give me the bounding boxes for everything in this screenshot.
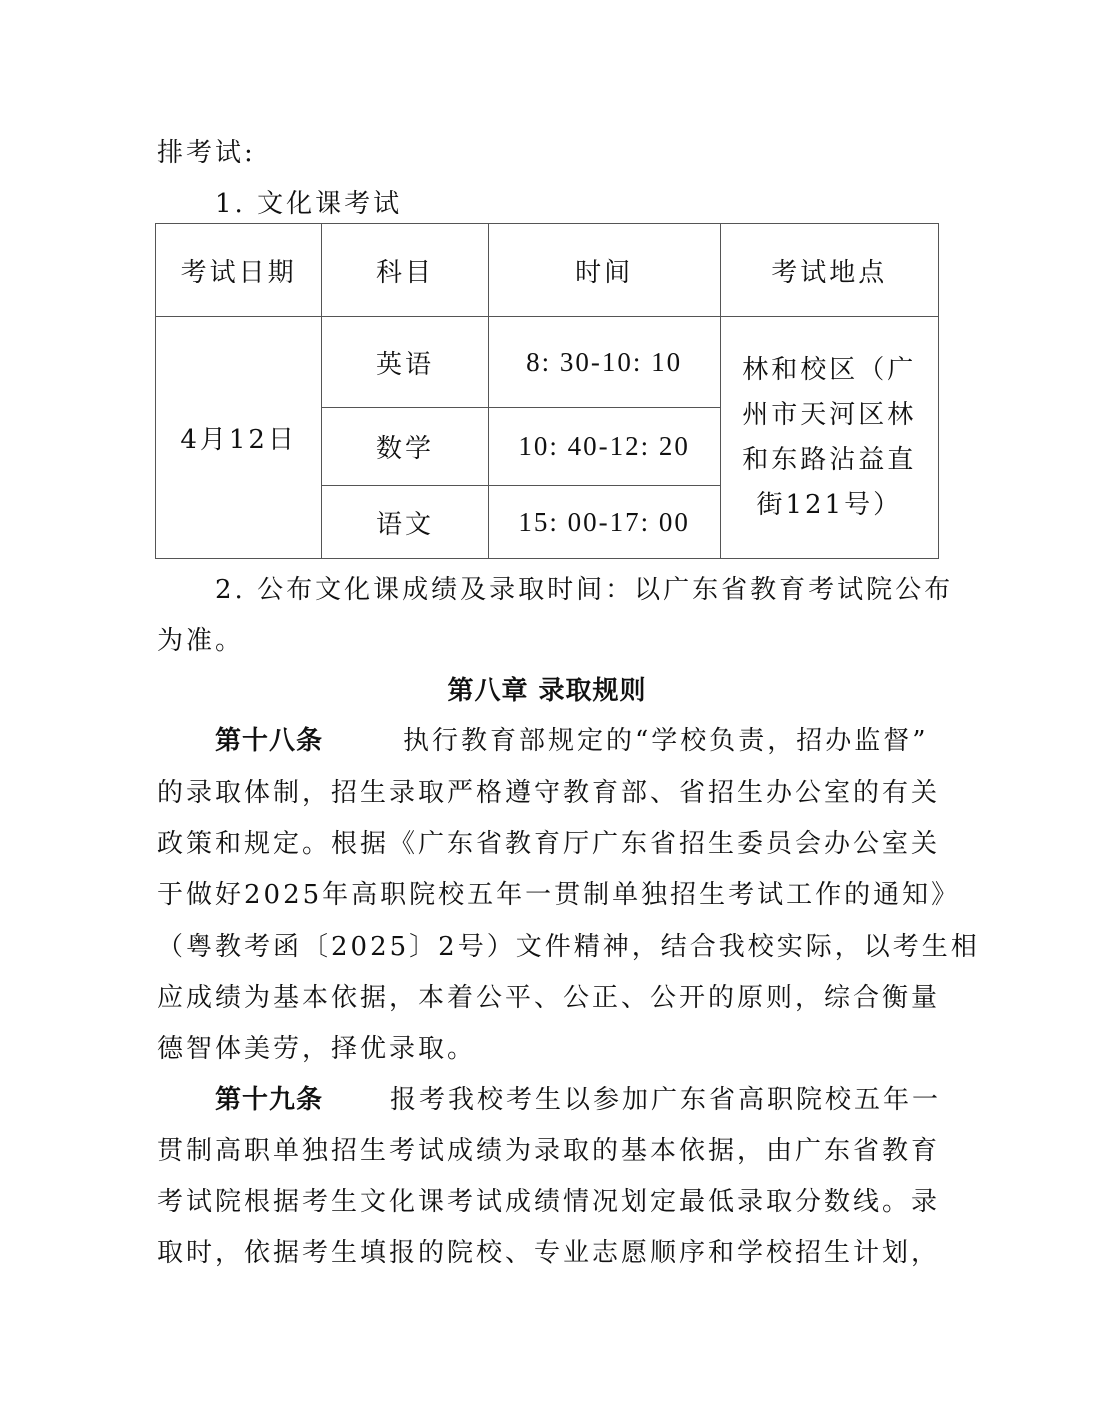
location-line: 和东路沾益直 [739, 438, 920, 483]
article18-line: 执行教育部规定的“学校负责，招办监督” [403, 723, 943, 759]
table-header-row: 考试日期 科目 时间 考试地点 [156, 224, 939, 317]
section1-title: 1. 文化课考试 [215, 186, 997, 222]
header-subject: 科目 [322, 224, 488, 317]
section2-line2: 为准。 [157, 623, 939, 659]
time-cell: 15: 00-17: 00 [488, 486, 720, 559]
header-location: 考试地点 [720, 224, 938, 317]
article18-line: 德智体美劳，择优录取。 [157, 1031, 939, 1067]
article18-line: 政策和规定。根据《广东省教育厅广东省招生委员会办公室关 [157, 826, 939, 862]
article18-line: 的录取体制，招生录取严格遵守教育部、省招生办公室的有关 [157, 775, 939, 811]
article19-line: 贯制高职单独招生考试成绩为录取的基本依据，由广东省教育 [157, 1133, 939, 1169]
header-exam-date: 考试日期 [156, 224, 322, 317]
article18-line: （粤教考函〔2025〕2号）文件精神，结合我校实际，以考生相 [157, 929, 939, 965]
article19-line: 考试院根据考生文化课考试成绩情况划定最低录取分数线。录 [157, 1184, 939, 1220]
header-time: 时间 [488, 224, 720, 317]
location-line: 街121号） [739, 483, 920, 528]
location-cell: 林和校区（广 州市天河区林 和东路沾益直 街121号） [720, 317, 938, 559]
exam-schedule-table: 考试日期 科目 时间 考试地点 4月12日 英语 8: 30-10: 10 林和… [155, 223, 939, 559]
subject-cell: 英语 [322, 317, 488, 408]
article19-line: 报考我校考生以参加广东省高职院校五年一 [390, 1082, 940, 1118]
time-cell: 8: 30-10: 10 [488, 317, 720, 408]
table-row: 4月12日 英语 8: 30-10: 10 林和校区（广 州市天河区林 和东路沾… [156, 317, 939, 408]
article18-line: 应成绩为基本依据，本着公平、公正、公开的原则，综合衡量 [157, 980, 939, 1016]
location-line: 州市天河区林 [739, 393, 920, 438]
subject-cell: 数学 [322, 408, 488, 486]
exam-date-cell: 4月12日 [156, 317, 322, 559]
location-line: 林和校区（广 [739, 348, 920, 393]
article19-line: 取时，依据考生填报的院校、专业志愿顺序和学校招生计划， [157, 1235, 939, 1271]
time-cell: 10: 40-12: 20 [488, 408, 720, 486]
article18-line: 于做好2025年高职院校五年一贯制单独招生考试工作的通知》 [157, 877, 939, 913]
section2-line1: 2. 公布文化课成绩及录取时间：以广东省教育考试院公布 [215, 572, 997, 608]
intro-line: 排考试: [157, 135, 939, 171]
document-page: 排考试: 1. 文化课考试 考试日期 科目 时间 考试地点 4月12日 英语 8… [0, 0, 1094, 1418]
chapter-heading: 第八章 录取规则 [0, 673, 1094, 709]
subject-cell: 语文 [322, 486, 488, 559]
